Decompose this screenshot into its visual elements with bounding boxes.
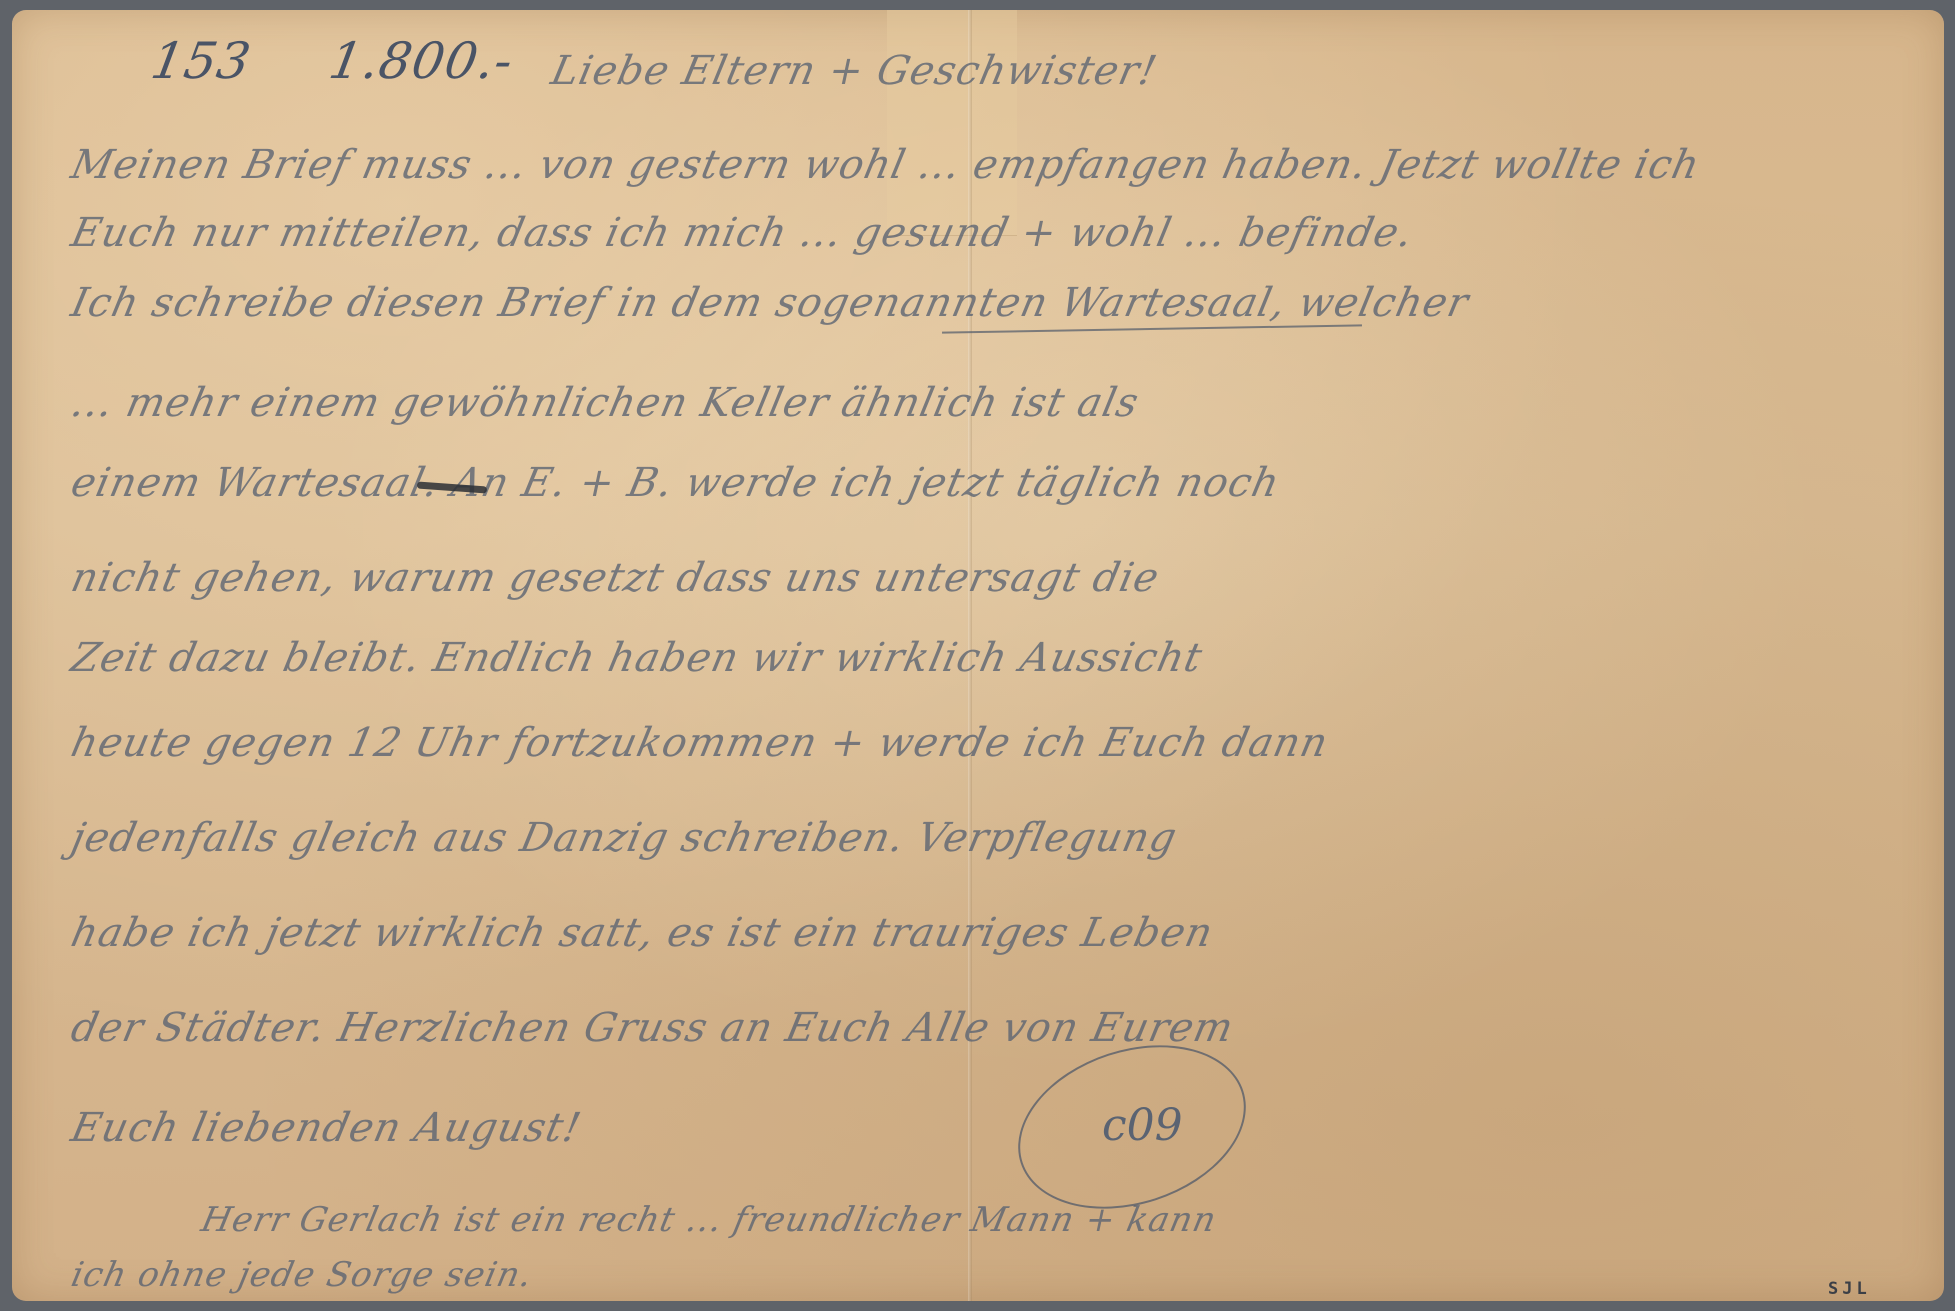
body-line-11: der Städter. Herzlichen Gruss an Euch Al… (67, 1005, 1238, 1051)
salutation: Liebe Eltern + Geschwister! (547, 48, 1161, 94)
lot-number: 153 (147, 32, 256, 90)
postscript-line-1: Herr Gerlach ist ein recht ... freundlic… (198, 1200, 1221, 1240)
body-line-8: heute gegen 12 Uhr fortzukommen + werde … (67, 720, 1332, 766)
postcard: 153 1.800.- Liebe Eltern + Geschwister! … (12, 10, 1944, 1301)
body-line-1: Meinen Brief muss ... von gestern wohl .… (67, 142, 1704, 188)
price-note: 1.800.- (325, 32, 518, 90)
body-line-5: einem Wartesaal. An E. + B. werde ich je… (67, 460, 1284, 506)
body-line-9: jedenfalls gleich aus Danzig schreiben. … (67, 815, 1181, 861)
body-line-6: nicht gehen, warum gesetzt dass uns unte… (67, 555, 1163, 601)
postscript-line-2: ich ohne jede Sorge sein. (68, 1255, 537, 1295)
signature-line: Euch liebenden August! (67, 1105, 585, 1151)
corner-stamp: SJL (1828, 1279, 1871, 1299)
body-line-3: Ich schreibe diesen Brief in dem sogenan… (67, 280, 1473, 326)
handwritten-text: 153 1.800.- Liebe Eltern + Geschwister! … (12, 10, 1944, 1301)
body-line-2: Euch nur mitteilen, dass ich mich ... ge… (67, 210, 1417, 256)
body-line-10: habe ich jetzt wirklich satt, es ist ein… (67, 910, 1217, 956)
body-line-7: Zeit dazu bleibt. Endlich haben wir wirk… (67, 635, 1207, 681)
circled-mark-text: c09 (1102, 1100, 1183, 1151)
body-line-4: ... mehr einem gewöhnlichen Keller ähnli… (67, 380, 1143, 426)
